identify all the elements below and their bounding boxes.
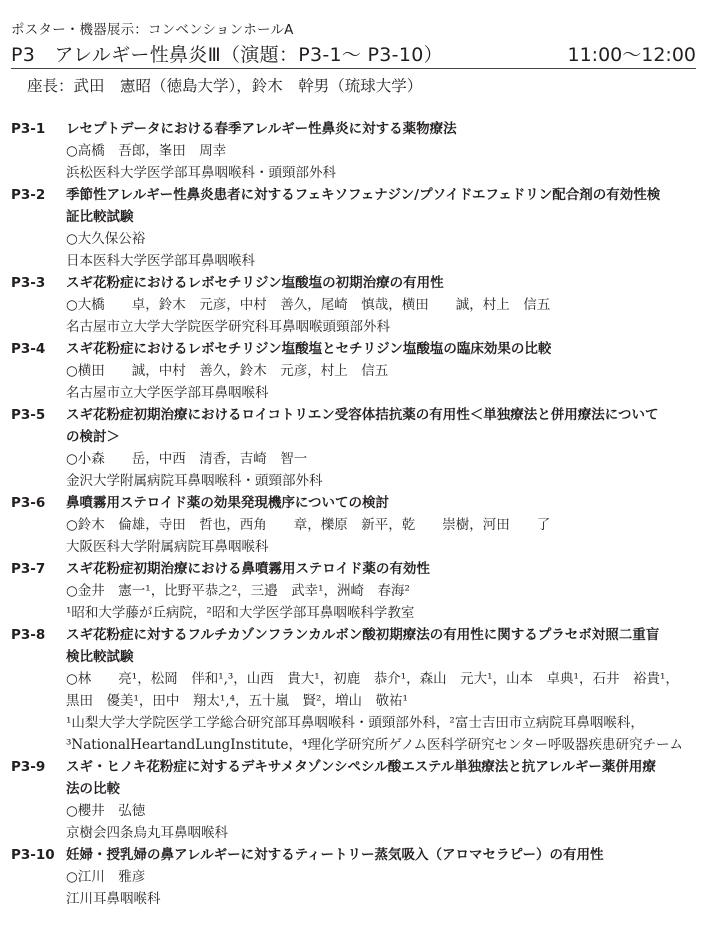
talk-title: 妊婦・授乳婦の鼻アレルギーに対するティートリー蒸気吸入（アロマセラピー）の有用性 bbox=[66, 844, 700, 866]
talk-affiliation: 金沢大学附属病院耳鼻咽喉科・頭頸部外科 bbox=[66, 470, 700, 492]
talk-authors: ○小森 岳，中西 清香，吉崎 智一 bbox=[66, 448, 700, 470]
talk-item: P3-7スギ花粉症初期治療における鼻噴霧用ステロイド薬の有効性○金井 憲一¹，比… bbox=[11, 558, 700, 624]
talk-affiliation: ³NationalHeartandLungInstitute，⁴理化学研究所ゲノ… bbox=[66, 734, 700, 756]
talk-item: P3-3スギ花粉症におけるレボセチリジン塩酸塩の初期治療の有用性○大橋 卓，鈴木… bbox=[11, 272, 700, 338]
session-time: 11:00～12:00 bbox=[567, 40, 696, 67]
talk-item: P3-1レセプトデータにおける春季アレルギー性鼻炎に対する薬物療法○高橋 吾郎，… bbox=[11, 118, 700, 184]
talk-body: スギ花粉症初期治療におけるロイコトリエン受容体拮抗薬の有用性＜単独療法と併用療法… bbox=[66, 404, 700, 492]
talk-title: スギ・ヒノキ花粉症に対するデキサメタゾンシペシル酸エステル単独療法と抗アレルギー… bbox=[66, 756, 700, 778]
talk-authors: ○横田 誠，中村 善久，鈴木 元彦，村上 信五 bbox=[66, 360, 700, 382]
header-divider bbox=[11, 68, 696, 69]
talk-item: P3-6鼻噴霧用ステロイド薬の効果発現機序についての検討○鈴木 倫雄，寺田 哲也… bbox=[11, 492, 700, 558]
talk-id: P3-4 bbox=[11, 338, 66, 404]
venue-label: ポスター・機器展示：コンベンションホールA bbox=[11, 18, 294, 38]
talk-authors: ○江川 雅彦 bbox=[66, 866, 700, 888]
talk-id: P3-7 bbox=[11, 558, 66, 624]
talk-body: スギ花粉症におけるレボセチリジン塩酸塩とセチリジン塩酸塩の臨床効果の比較○横田 … bbox=[66, 338, 700, 404]
talk-title: 検比較試験 bbox=[66, 646, 700, 668]
talk-affiliation: 名古屋市立大学大学院医学研究科耳鼻咽喉頭頸部外科 bbox=[66, 316, 700, 338]
talk-title: 季節性アレルギー性鼻炎患者に対するフェキソフェナジン/プソイドエフェドリン配合剤… bbox=[66, 184, 700, 206]
talk-affiliation: 名古屋市立大学医学部耳鼻咽喉科 bbox=[66, 382, 700, 404]
talk-id: P3-10 bbox=[11, 844, 66, 910]
talk-id: P3-2 bbox=[11, 184, 66, 272]
talk-authors: ○林 亮¹，松岡 伴和¹,³，山西 貴大¹，初鹿 恭介¹，森山 元大¹，山本 卓… bbox=[66, 668, 700, 690]
talk-title: の検討＞ bbox=[66, 426, 700, 448]
session-title: P3 アレルギー性鼻炎Ⅲ（演題：P3-1～ P3-10） bbox=[11, 40, 443, 67]
talk-body: 鼻噴霧用ステロイド薬の効果発現機序についての検討○鈴木 倫雄，寺田 哲也，西角 … bbox=[66, 492, 700, 558]
talk-body: スギ・ヒノキ花粉症に対するデキサメタゾンシペシル酸エステル単独療法と抗アレルギー… bbox=[66, 756, 700, 844]
talk-id: P3-9 bbox=[11, 756, 66, 844]
talk-affiliation: 日本医科大学医学部耳鼻咽喉科 bbox=[66, 250, 700, 272]
talk-affiliation: 浜松医科大学医学部耳鼻咽喉科・頭頸部外科 bbox=[66, 162, 700, 184]
talk-authors: ○鈴木 倫雄，寺田 哲也，西角 章，櫟原 新平，乾 崇樹，河田 了 bbox=[66, 514, 700, 536]
talk-item: P3-5スギ花粉症初期治療におけるロイコトリエン受容体拮抗薬の有用性＜単独療法と… bbox=[11, 404, 700, 492]
talk-title: スギ花粉症初期治療における鼻噴霧用ステロイド薬の有効性 bbox=[66, 558, 700, 580]
talk-id: P3-1 bbox=[11, 118, 66, 184]
talk-title: 法の比較 bbox=[66, 778, 700, 800]
talk-id: P3-8 bbox=[11, 624, 66, 756]
talk-title: 証比較試験 bbox=[66, 206, 700, 228]
talk-item: P3-10妊婦・授乳婦の鼻アレルギーに対するティートリー蒸気吸入（アロマセラピー… bbox=[11, 844, 700, 910]
talk-list: P3-1レセプトデータにおける春季アレルギー性鼻炎に対する薬物療法○高橋 吾郎，… bbox=[11, 118, 700, 910]
talk-affiliation: ¹昭和大学藤が丘病院，²昭和大学医学部耳鼻咽喉科学教室 bbox=[66, 602, 700, 624]
session-header: P3 アレルギー性鼻炎Ⅲ（演題：P3-1～ P3-10） 11:00～12:00 bbox=[11, 40, 696, 66]
talk-affiliation: 江川耳鼻咽喉科 bbox=[66, 888, 700, 910]
talk-affiliation: 大阪医科大学附属病院耳鼻咽喉科 bbox=[66, 536, 700, 558]
talk-affiliation: ¹山梨大学大学院医学工学総合研究部耳鼻咽喉科・頭頸部外科，²富士吉田市立病院耳鼻… bbox=[66, 712, 700, 734]
talk-item: P3-2季節性アレルギー性鼻炎患者に対するフェキソフェナジン/プソイドエフェドリ… bbox=[11, 184, 700, 272]
talk-item: P3-9スギ・ヒノキ花粉症に対するデキサメタゾンシペシル酸エステル単独療法と抗ア… bbox=[11, 756, 700, 844]
talk-authors: ○高橋 吾郎，峯田 周幸 bbox=[66, 140, 700, 162]
session-chairs: 座長：武田 憲昭（徳島大学），鈴木 幹男（琉球大学） bbox=[27, 74, 422, 96]
talk-id: P3-6 bbox=[11, 492, 66, 558]
talk-body: レセプトデータにおける春季アレルギー性鼻炎に対する薬物療法○高橋 吾郎，峯田 周… bbox=[66, 118, 700, 184]
talk-authors: ○金井 憲一¹，比野平恭之²，三邉 武幸¹，洲崎 春海² bbox=[66, 580, 700, 602]
talk-title: レセプトデータにおける春季アレルギー性鼻炎に対する薬物療法 bbox=[66, 118, 700, 140]
talk-title: スギ花粉症におけるレボセチリジン塩酸塩とセチリジン塩酸塩の臨床効果の比較 bbox=[66, 338, 700, 360]
talk-title: スギ花粉症初期治療におけるロイコトリエン受容体拮抗薬の有用性＜単独療法と併用療法… bbox=[66, 404, 700, 426]
talk-id: P3-3 bbox=[11, 272, 66, 338]
talk-affiliation: 京樹会四条烏丸耳鼻咽喉科 bbox=[66, 822, 700, 844]
talk-body: 季節性アレルギー性鼻炎患者に対するフェキソフェナジン/プソイドエフェドリン配合剤… bbox=[66, 184, 700, 272]
talk-body: スギ花粉症におけるレボセチリジン塩酸塩の初期治療の有用性○大橋 卓，鈴木 元彦，… bbox=[66, 272, 700, 338]
talk-title: スギ花粉症に対するフルチカゾンフランカルボン酸初期療法の有用性に関するプラセボ対… bbox=[66, 624, 700, 646]
talk-authors: ○大久保公裕 bbox=[66, 228, 700, 250]
talk-id: P3-5 bbox=[11, 404, 66, 492]
talk-title: スギ花粉症におけるレボセチリジン塩酸塩の初期治療の有用性 bbox=[66, 272, 700, 294]
talk-title: 鼻噴霧用ステロイド薬の効果発現機序についての検討 bbox=[66, 492, 700, 514]
talk-item: P3-4スギ花粉症におけるレボセチリジン塩酸塩とセチリジン塩酸塩の臨床効果の比較… bbox=[11, 338, 700, 404]
talk-body: スギ花粉症に対するフルチカゾンフランカルボン酸初期療法の有用性に関するプラセボ対… bbox=[66, 624, 700, 756]
talk-body: 妊婦・授乳婦の鼻アレルギーに対するティートリー蒸気吸入（アロマセラピー）の有用性… bbox=[66, 844, 700, 910]
talk-authors: 黒田 優美¹，田中 翔太¹,⁴，五十嵐 賢²，増山 敬祐¹ bbox=[66, 690, 700, 712]
talk-item: P3-8スギ花粉症に対するフルチカゾンフランカルボン酸初期療法の有用性に関するプ… bbox=[11, 624, 700, 756]
talk-body: スギ花粉症初期治療における鼻噴霧用ステロイド薬の有効性○金井 憲一¹，比野平恭之… bbox=[66, 558, 700, 624]
talk-authors: ○櫻井 弘徳 bbox=[66, 800, 700, 822]
talk-authors: ○大橋 卓，鈴木 元彦，中村 善久，尾崎 慎哉，横田 誠，村上 信五 bbox=[66, 294, 700, 316]
